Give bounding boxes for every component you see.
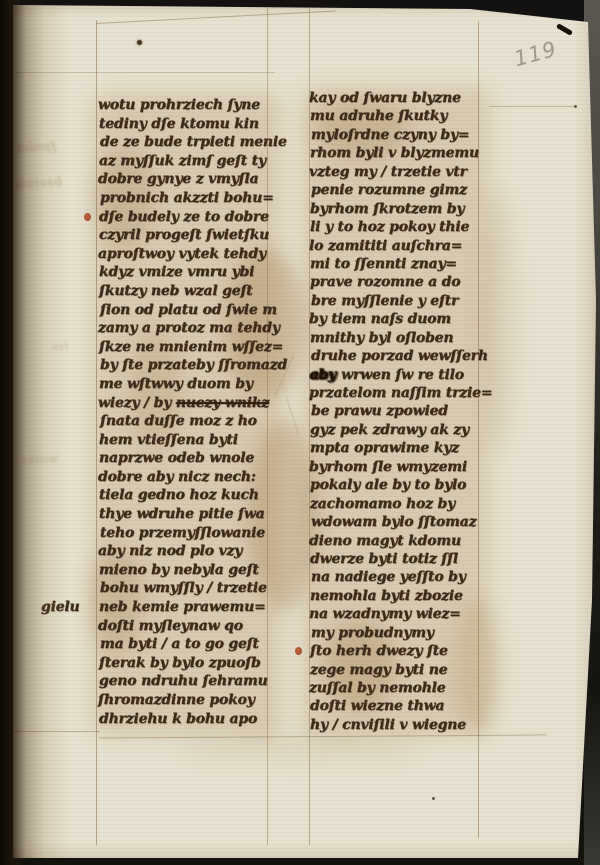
ruling-line-horizontal bbox=[489, 106, 574, 107]
manuscript-line: aby wrwen ſw re tilo bbox=[310, 366, 482, 384]
manuscript-line: rhom byli v blyzmemu bbox=[310, 144, 482, 162]
rubric-red-mark bbox=[295, 647, 302, 655]
manuscript-line: dieno magyt kdomu bbox=[309, 532, 481, 550]
ruling-end-dot bbox=[574, 105, 577, 108]
manuscript-line: mu adruhe ſkutky bbox=[310, 107, 482, 125]
manuscript-line: teho przemyſſlowanie bbox=[100, 524, 275, 543]
text-column-right: kay od ſwaru blyznemu adruhe ſkutkymyloſ… bbox=[310, 89, 482, 734]
manuscript-line: az myſſuk zimſ geſt ty bbox=[99, 152, 274, 171]
manuscript-line: hem vtieſſena byti bbox=[99, 431, 274, 450]
manuscript-line: nemohla byti zbozie bbox=[310, 587, 482, 605]
manuscript-line: doſti myſleynaw qo bbox=[98, 617, 273, 636]
manuscript-line: lo zamititi auſchra= bbox=[309, 237, 481, 255]
manuscript-line: czyril progeſt ſwietſku bbox=[99, 226, 274, 245]
manuscript-line: dobre gynye z vmyſla bbox=[98, 170, 273, 189]
manuscript-page: ſpniet bzernie tre wotez 119 wotu prohrz… bbox=[0, 0, 600, 865]
rubric-red-mark bbox=[84, 213, 91, 221]
manuscript-line: wdowam bylo ſſtomaz bbox=[311, 513, 483, 531]
manuscript-line: tiela gedno hoz kuch bbox=[99, 486, 274, 505]
manuscript-line: dſe budely ze to dobre bbox=[99, 208, 274, 227]
manuscript-line: me wſtwwy duom by bbox=[99, 375, 274, 394]
manuscript-line: dhrziehu k bohu apo bbox=[99, 710, 274, 729]
manuscript-line: bre myſſlenie y eſtr bbox=[311, 292, 483, 310]
manuscript-line: de ze bude trpieti menie bbox=[100, 133, 275, 152]
manuscript-line: aby niz nod plo vzy bbox=[98, 542, 273, 561]
manuscript-line: wiezy / by nuezy wnikz bbox=[98, 394, 273, 413]
manuscript-line: pokaly ale by to bylo bbox=[310, 476, 482, 494]
text-column-left: wotu prohrziech ſynetediny dſe ktomu kin… bbox=[99, 96, 274, 728]
show-through-text: wotez bbox=[20, 451, 59, 467]
ruling-line-horizontal bbox=[8, 731, 100, 732]
manuscript-line: mieno by nebyla geſt bbox=[99, 561, 274, 580]
manuscript-line: dwerze byti totiz ſſl bbox=[310, 550, 482, 568]
manuscript-line: kdyz vmize vmru ybi bbox=[99, 263, 274, 282]
manuscript-line: ma byti / a to go geſt bbox=[100, 635, 275, 654]
manuscript-line: ſterak by bylo zpuoſb bbox=[99, 654, 274, 673]
manuscript-line: na wzadnymy wiez= bbox=[309, 605, 481, 623]
manuscript-line: geno ndruhu ſehramu bbox=[99, 672, 274, 691]
manuscript-line: kay od ſwaru blyzne bbox=[309, 89, 481, 107]
manuscript-line: zege magy byti ne bbox=[310, 661, 482, 679]
manuscript-line: by ſte przateby ſſromazd bbox=[100, 356, 275, 375]
manuscript-line: mi to ſſennti znay= bbox=[310, 255, 482, 273]
manuscript-line: myloſrdne czyny by= bbox=[311, 126, 483, 144]
show-through-text: ſpniet bbox=[16, 139, 57, 155]
manuscript-line: gieluneb kemie prawemu= bbox=[99, 598, 274, 617]
manuscript-line: mpta oprawime kyz bbox=[310, 439, 482, 457]
ruling-line-vertical bbox=[96, 20, 97, 845]
parchment-stain bbox=[480, 190, 514, 450]
manuscript-line: byrhom ſle wmyzemi bbox=[309, 458, 481, 476]
manuscript-line: bohu wmyſſly / trzetie bbox=[100, 579, 275, 598]
manuscript-line: zamy a protoz ma tehdy bbox=[98, 319, 273, 338]
manuscript-line: ſto herh dwezy ſte bbox=[310, 642, 482, 660]
show-through-text: bzernie bbox=[12, 175, 63, 192]
manuscript-line: by tiem naſs duom bbox=[309, 310, 481, 328]
manuscript-line: zuſſal by nemohle bbox=[309, 679, 481, 697]
manuscript-line: na nadiege yeſſto by bbox=[311, 568, 483, 586]
parchment-stain bbox=[180, 735, 420, 761]
manuscript-line: ſkze ne mnienim wſſez= bbox=[99, 338, 274, 357]
manuscript-line: naprzwe odeb wnole bbox=[99, 449, 274, 468]
manuscript-line: druhe porzad wewſſerh bbox=[311, 347, 483, 365]
show-through-text: tre bbox=[52, 342, 69, 354]
ink-blot-word: aby bbox=[310, 367, 336, 383]
manuscript-line: be prawu zpowied bbox=[311, 402, 483, 420]
ink-smudge-mark bbox=[556, 23, 573, 36]
manuscript-line: vzteg my / trzetie vtr bbox=[309, 163, 481, 181]
manuscript-line: doſti wiezne thwa bbox=[310, 697, 482, 715]
manuscript-line: thye wdruhe pitie ſwa bbox=[99, 505, 274, 524]
manuscript-line: przatelom naſſim trzie= bbox=[309, 384, 481, 402]
puncture-hole bbox=[137, 40, 142, 45]
manuscript-line: gyz pek zdrawy ak zy bbox=[310, 421, 482, 439]
manuscript-line: tediny dſe ktomu kin bbox=[99, 115, 274, 134]
margin-note: gielu bbox=[41, 598, 80, 617]
manuscript-line: ſhromazdinne pokoy bbox=[98, 691, 273, 710]
manuscript-line: byrhom ſkrotzem by bbox=[310, 200, 482, 218]
folio-number: 119 bbox=[512, 37, 560, 71]
manuscript-line: wotu prohrziech ſyne bbox=[98, 96, 273, 115]
manuscript-line: prave rozomne a do bbox=[310, 273, 482, 291]
manuscript-line: ſnata duſſe moz z ho bbox=[100, 412, 275, 431]
speck-mark bbox=[432, 797, 435, 800]
ruling-line-horizontal bbox=[96, 10, 336, 24]
manuscript-line: my probudnymy bbox=[311, 624, 483, 642]
manuscript-line: mnithy byl oſloben bbox=[310, 329, 482, 347]
manuscript-line: aproſtwoy vytek tehdy bbox=[98, 245, 273, 264]
manuscript-line: ſion od platu od ſwie m bbox=[100, 301, 275, 320]
manuscript-line: li y to hoz pokoy thie bbox=[310, 218, 482, 236]
ruling-line-horizontal bbox=[14, 72, 275, 73]
manuscript-line: penie rozumne gimz bbox=[311, 181, 483, 199]
manuscript-line: hy / cnviſili v wiegne bbox=[310, 716, 482, 734]
manuscript-line: probnich akzzti bohu= bbox=[100, 189, 275, 208]
manuscript-line: zachomamo hoz by bbox=[310, 495, 482, 513]
manuscript-line: ſkutzy neb wzal geſt bbox=[99, 282, 274, 301]
scanned-manuscript-image: ſpniet bzernie tre wotez 119 wotu prohrz… bbox=[0, 0, 600, 865]
struck-text: nuezy wnikz bbox=[176, 395, 269, 411]
manuscript-line: dobre aby nicz nech: bbox=[98, 468, 273, 487]
